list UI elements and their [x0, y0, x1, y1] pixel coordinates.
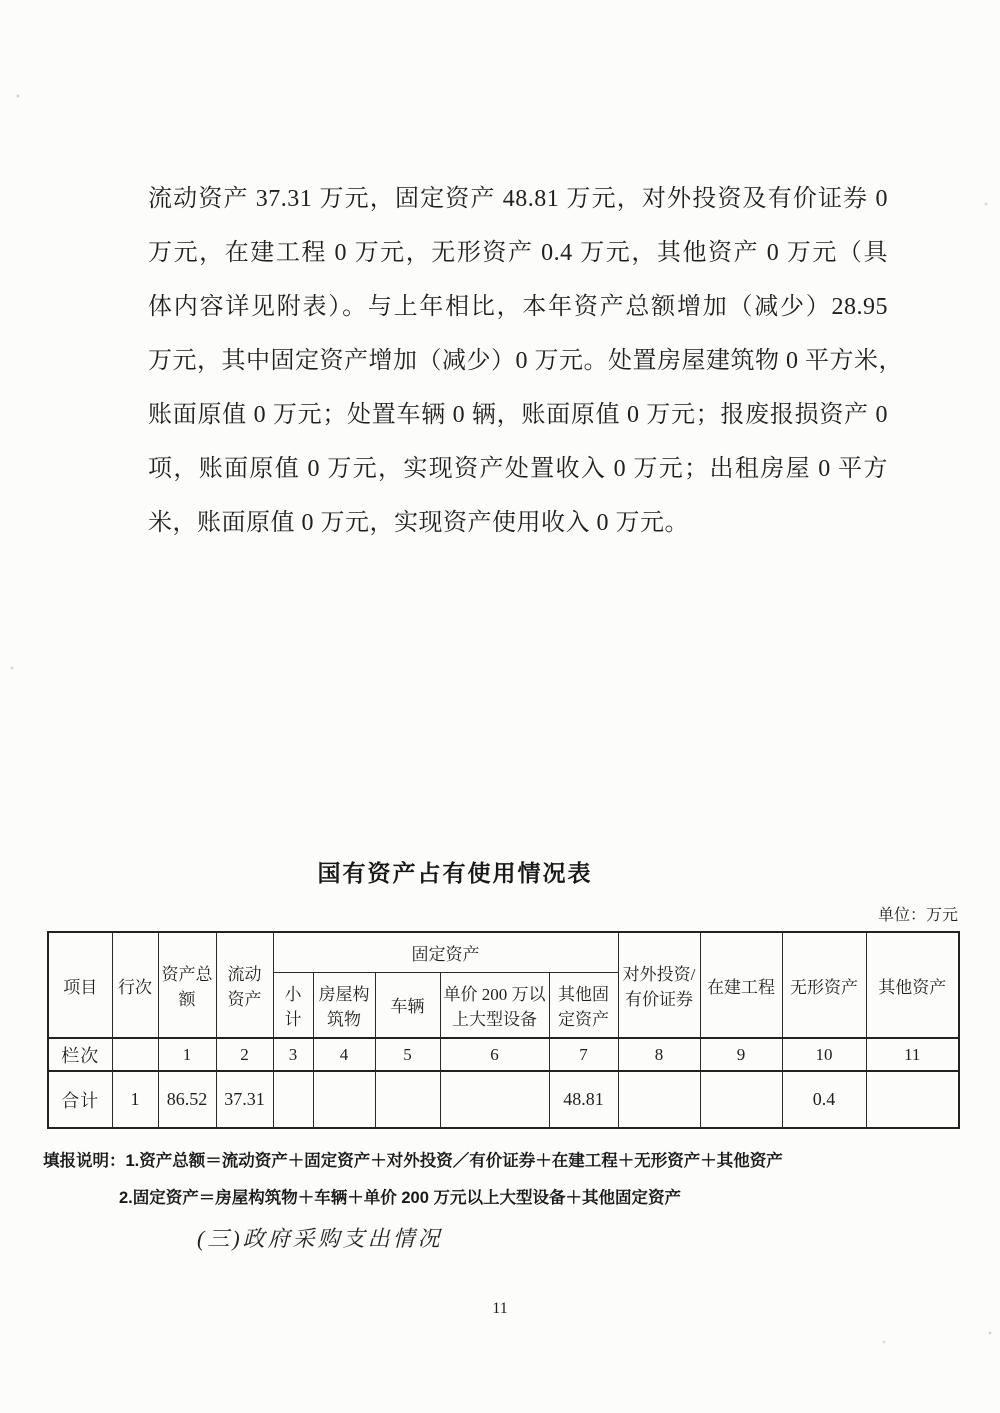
col-header-buildings: 房屋构筑物: [313, 972, 375, 1038]
total-cell-large-equipment: [440, 1071, 549, 1128]
note-2-text: 2.固定资产＝房屋构筑物＋车辆＋单价 200 万元以上大型设备＋其他固定资产: [119, 1189, 681, 1207]
total-cell-buildings: [313, 1071, 375, 1128]
subsection-heading: (三)政府采购支出情况: [197, 1222, 443, 1253]
paragraph-line: 万元，在建工程 0 万元，无形资产 0.4 万元，其他资产 0 万元（具: [148, 226, 888, 280]
paragraph-line: 项，账面原值 0 万元，实现资产处置收入 0 万元；出租房屋 0 平方: [148, 442, 888, 496]
column-index-cell: 3: [273, 1038, 313, 1071]
col-header-item: 项目: [48, 932, 112, 1038]
filling-notes: 填报说明：1.资产总额＝流动资产＋固定资产＋对外投资／有价证券＋在建工程＋无形资…: [43, 1148, 943, 1211]
col-header-large-equipment: 单价 200 万以上大型设备: [440, 972, 549, 1038]
paragraph-line: 万元，其中固定资产增加（减少）0 万元。处置房屋建筑物 0 平方米，: [148, 334, 888, 388]
note-line-2: 2.固定资产＝房屋构筑物＋车辆＋单价 200 万元以上大型设备＋其他固定资产: [43, 1185, 943, 1211]
note-1-text: 1.资产总额＝流动资产＋固定资产＋对外投资／有价证券＋在建工程＋无形资产＋其他资…: [126, 1152, 783, 1170]
total-cell-external-investment: [618, 1071, 700, 1128]
col-header-intangible-assets: 无形资产: [782, 932, 866, 1038]
col-header-fixed-subtotal: 小计: [273, 972, 313, 1038]
column-index-cell: 7: [549, 1038, 618, 1071]
col-header-current-assets: 流动资产: [216, 932, 273, 1038]
notes-label: 填报说明：: [43, 1152, 126, 1170]
total-cell-line-no: 1: [112, 1071, 158, 1128]
column-index-row: 栏次 1 2 3 4 5 6 7 8 9 10 11: [48, 1038, 959, 1071]
total-cell-construction: [700, 1071, 782, 1128]
col-header-total-assets: 资产总额: [158, 932, 216, 1038]
column-index-cell: 6: [440, 1038, 549, 1071]
table-title: 国有资产占有使用情况表: [0, 855, 955, 888]
column-index-cell: [112, 1038, 158, 1071]
total-cell-other-assets: [866, 1071, 959, 1128]
total-cell-fixed-subtotal: [273, 1071, 313, 1128]
column-index-cell: 2: [216, 1038, 273, 1071]
col-header-construction: 在建工程: [700, 932, 782, 1038]
page-number: 11: [0, 1300, 1000, 1318]
row-label-total: 合计: [48, 1071, 112, 1128]
paragraph-line: 账面原值 0 万元；处置车辆 0 辆，账面原值 0 万元；报废报损资产 0: [148, 388, 888, 442]
total-cell-current-assets: 37.31: [216, 1071, 273, 1128]
column-index-cell: 10: [782, 1038, 866, 1071]
document-page: 流动资产 37.31 万元，固定资产 48.81 万元，对外投资及有价证券 0 …: [0, 0, 1000, 1413]
column-index-cell: 5: [375, 1038, 440, 1071]
total-row: 合计 1 86.52 37.31 48.81 0.4: [48, 1071, 959, 1128]
col-header-other-fixed: 其他固定资产: [549, 972, 618, 1038]
total-cell-total-assets: 86.52: [158, 1071, 216, 1128]
total-cell-intangible-assets: 0.4: [782, 1071, 866, 1128]
total-cell-vehicles: [375, 1071, 440, 1128]
col-header-other-assets: 其他资产: [866, 932, 959, 1038]
state-assets-table: 项目 行次 资产总额 流动资产 固定资产 对外投资/有价证券 在建工程 无形资产…: [47, 931, 960, 1129]
note-line-1: 填报说明：1.资产总额＝流动资产＋固定资产＋对外投资／有价证券＋在建工程＋无形资…: [43, 1148, 943, 1174]
unit-label: 单位：万元: [47, 902, 958, 925]
paragraph-line: 体内容详见附表）。与上年相比，本年资产总额增加（减少）28.95: [148, 280, 888, 334]
total-cell-other-fixed: 48.81: [549, 1071, 618, 1128]
column-index-cell: 8: [618, 1038, 700, 1071]
col-header-line-no: 行次: [112, 932, 158, 1038]
col-header-vehicles: 车辆: [375, 972, 440, 1038]
body-paragraph: 流动资产 37.31 万元，固定资产 48.81 万元，对外投资及有价证券 0 …: [148, 172, 888, 550]
paragraph-line: 米，账面原值 0 万元，实现资产使用收入 0 万元。: [148, 496, 888, 550]
col-group-fixed-assets: 固定资产: [273, 932, 618, 972]
column-index-cell: 11: [866, 1038, 959, 1071]
column-index-cell: 1: [158, 1038, 216, 1071]
paragraph-line: 流动资产 37.31 万元，固定资产 48.81 万元，对外投资及有价证券 0: [148, 172, 888, 226]
col-header-external-investment: 对外投资/有价证券: [618, 932, 700, 1038]
row-label-lanci: 栏次: [48, 1038, 112, 1071]
column-index-cell: 4: [313, 1038, 375, 1071]
column-index-cell: 9: [700, 1038, 782, 1071]
